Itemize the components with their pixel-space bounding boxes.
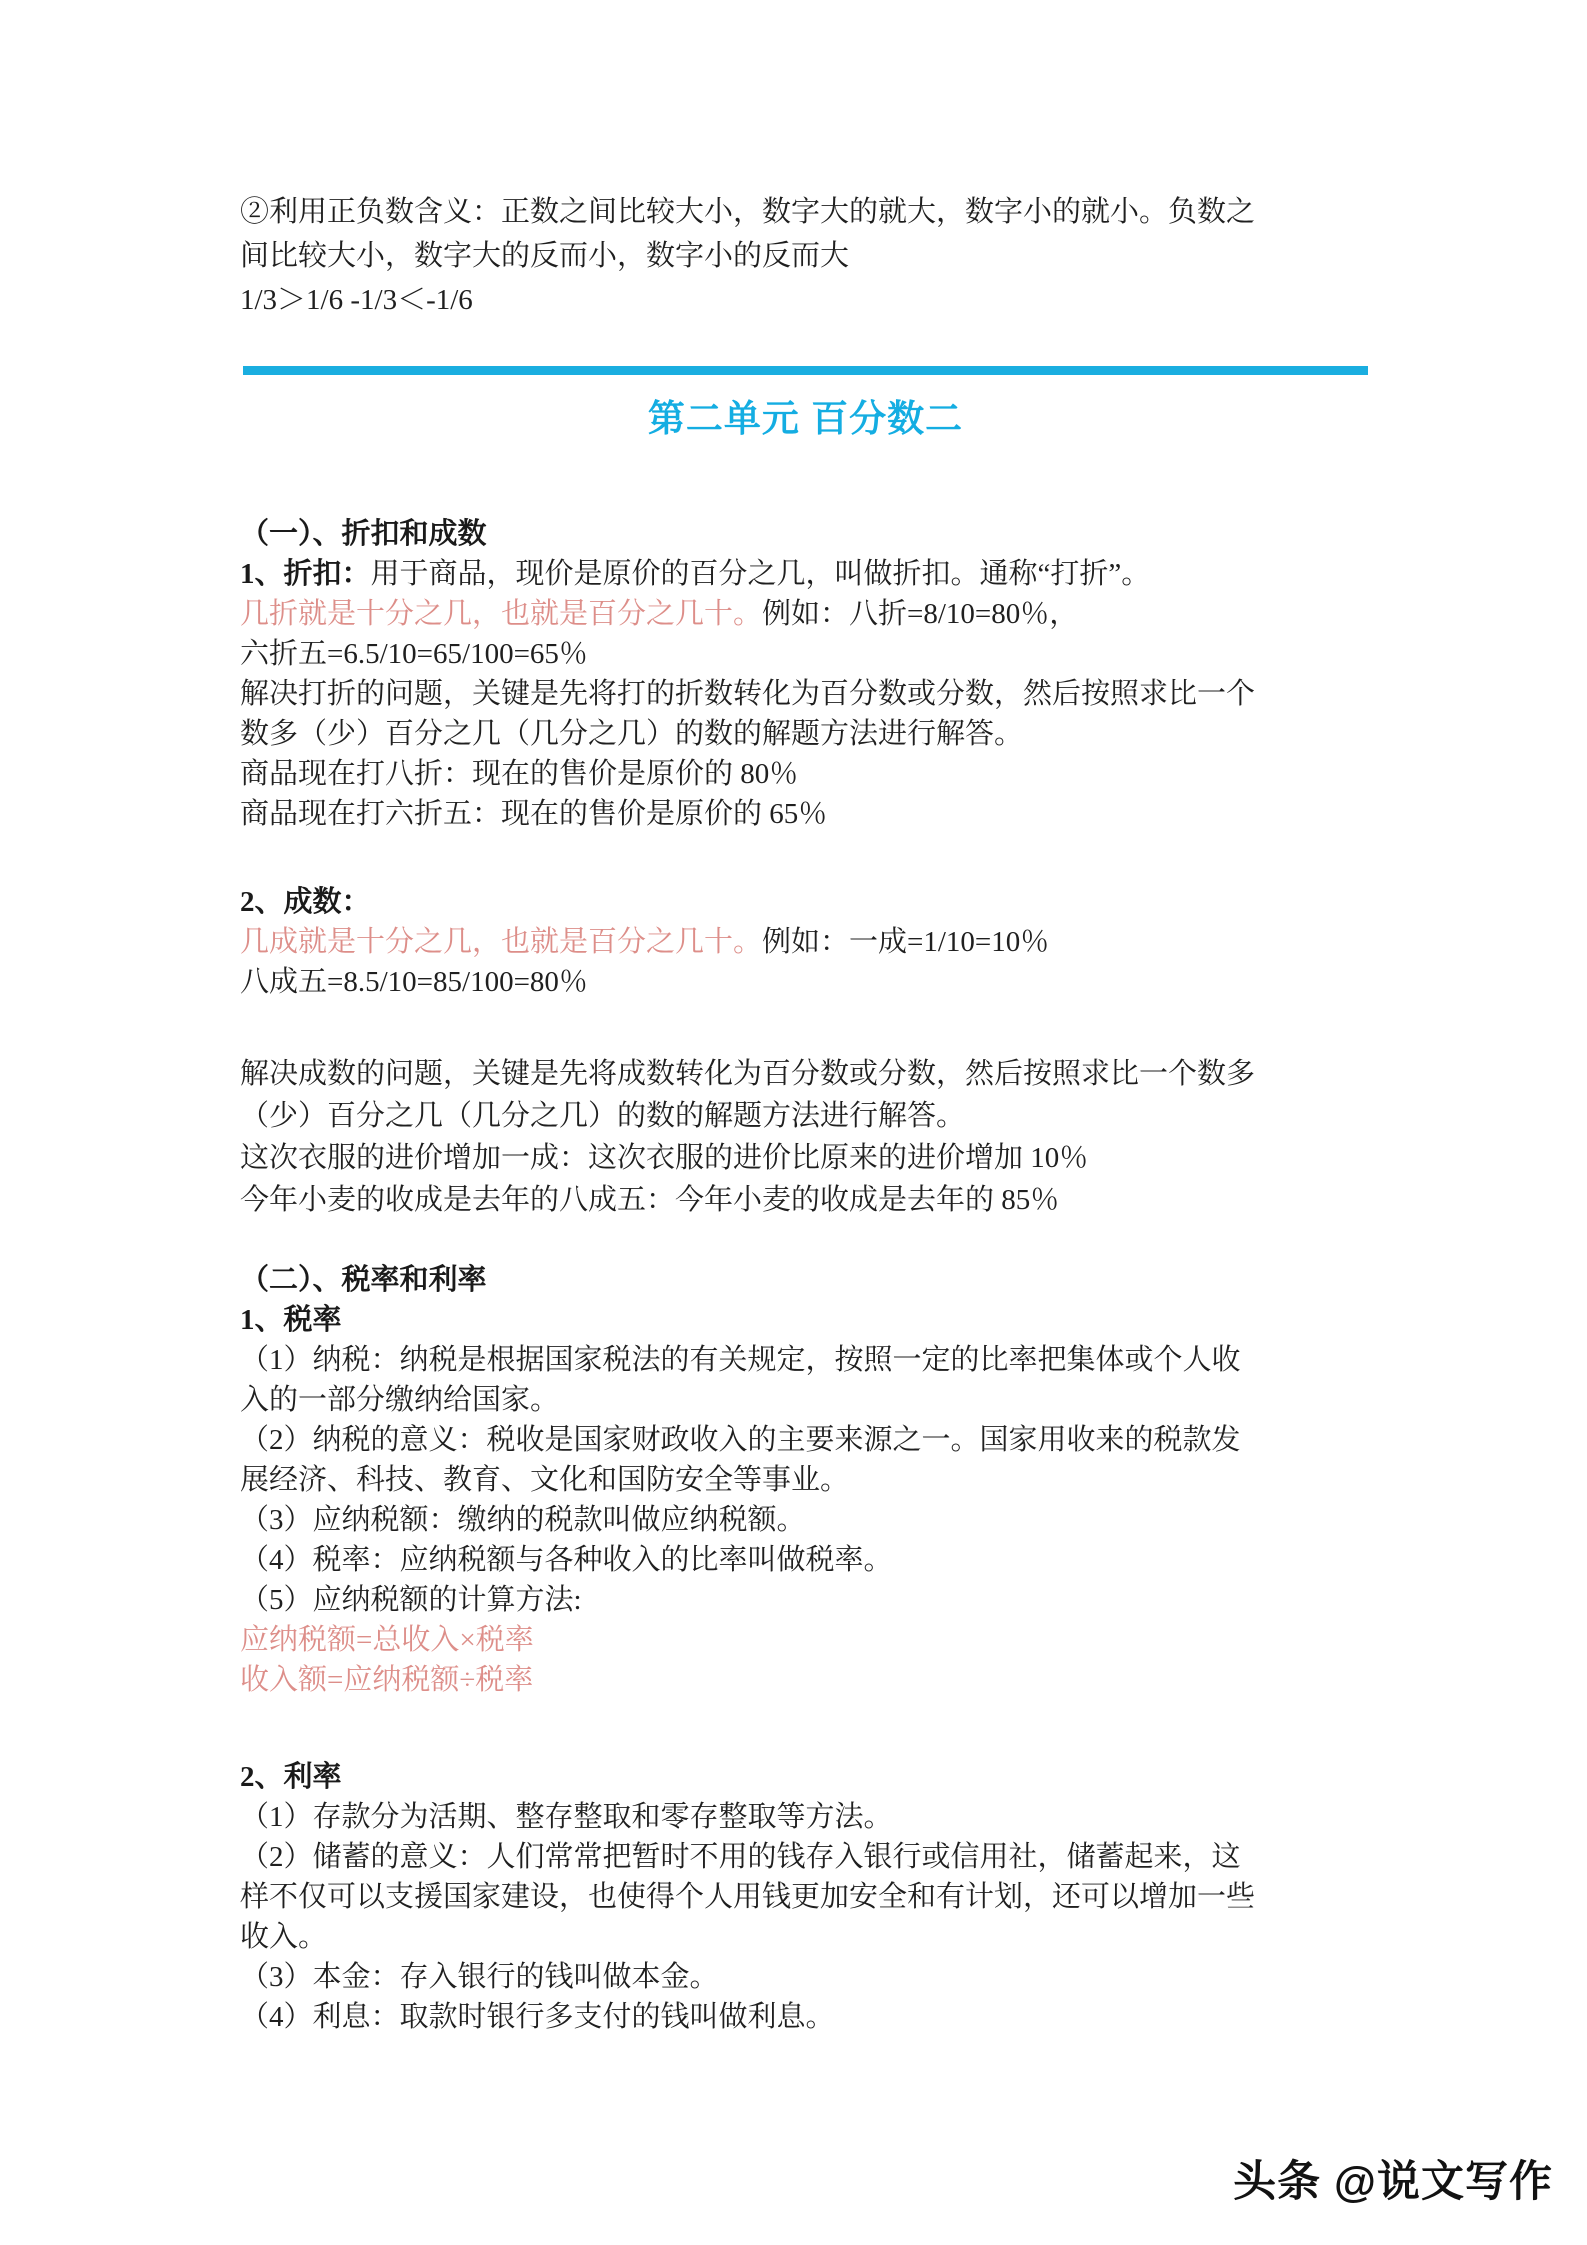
text-line: 商品现在打六折五：现在的售价是原价的 65％	[240, 794, 1470, 834]
text-line: 2、成数：	[240, 882, 1470, 922]
text-line: （4）税率：应纳税额与各种收入的比率叫做税率。	[240, 1540, 1470, 1580]
text-line: （少）百分之几（几分之几）的数的解题方法进行解答。	[240, 1095, 1470, 1137]
text-segment: 入的一部分缴纳给国家。	[240, 1384, 559, 1416]
text-line: 解决成数的问题，关键是先将成数转化为百分数或分数，然后按照求比一个数多	[240, 1053, 1470, 1095]
text-segment: 这次衣服的进价增加一成：这次衣服的进价比原来的进价增加 10％	[240, 1142, 1088, 1174]
text-segment: 1、折扣：	[240, 558, 371, 590]
text-line: （1）存款分为活期、整存整取和零存整取等方法。	[240, 1797, 1470, 1837]
text-segment: （2）纳税的意义：税收是国家财政收入的主要来源之一。国家用收来的税款发	[240, 1424, 1241, 1456]
text-line: 1/3＞1/6 -1/3＜-1/6	[240, 278, 1470, 322]
text-segment: ②利用正负数含义：正数之间比较大小，数字大的就大，数字小的就小。负数之	[240, 196, 1255, 228]
text-segment: （一）、折扣和成数	[240, 518, 487, 550]
chengshu-section: 2、成数：几成就是十分之几，也就是百分之几十。例如：一成=1/10=10％八成五…	[240, 882, 1470, 1002]
document-page: ②利用正负数含义：正数之间比较大小，数字大的就大，数字小的就小。负数之间比较大小…	[0, 0, 1587, 2245]
text-line: （一）、折扣和成数	[240, 514, 1470, 554]
text-line: 样不仅可以支援国家建设，也使得个人用钱更加安全和有计划，还可以增加一些	[240, 1877, 1470, 1917]
text-line: （3）本金：存入银行的钱叫做本金。	[240, 1957, 1470, 1997]
discount-section: （一）、折扣和成数1、折扣：用于商品，现价是原价的百分之几，叫做折扣。通称“打折…	[240, 514, 1470, 834]
text-line: 应纳税额=总收入×税率	[240, 1620, 1470, 1660]
text-segment: （2）储蓄的意义：人们常常把暂时不用的钱存入银行或信用社，储蓄起来，这	[240, 1841, 1241, 1873]
text-line: 解决打折的问题，关键是先将打的折数转化为百分数或分数，然后按照求比一个	[240, 674, 1470, 714]
text-line: 2、利率	[240, 1757, 1470, 1797]
watermark: 头条 @说文写作	[1233, 2156, 1553, 2208]
text-segment: 用于商品，现价是原价的百分之几，叫做折扣。通称“打折”。	[371, 558, 1151, 590]
section-divider	[243, 366, 1368, 375]
text-segment: 几成就是十分之几，也就是百分之几十。	[240, 926, 762, 958]
text-line: 1、税率	[240, 1300, 1470, 1340]
text-line: 商品现在打八折：现在的售价是原价的 80％	[240, 754, 1470, 794]
text-segment: 间比较大小，数字大的反而小，数字小的反而大	[240, 240, 849, 272]
text-line: 收入额=应纳税额÷税率	[240, 1660, 1470, 1700]
text-line: 八成五=8.5/10=85/100=80％	[240, 962, 1470, 1002]
text-line: （二）、税率和利率	[240, 1260, 1470, 1300]
text-segment: 几折就是十分之几，也就是百分之几十。	[240, 598, 762, 630]
text-segment: 1/3＞1/6 -1/3＜-1/6	[240, 284, 473, 316]
text-segment: （3）应纳税额：缴纳的税款叫做应纳税额。	[240, 1504, 806, 1536]
text-segment: 解决成数的问题，关键是先将成数转化为百分数或分数，然后按照求比一个数多	[240, 1058, 1255, 1090]
text-line: （3）应纳税额：缴纳的税款叫做应纳税额。	[240, 1500, 1470, 1540]
text-segment: 八成五=8.5/10=85/100=80％	[240, 966, 588, 998]
text-line: 1、折扣：用于商品，现价是原价的百分之几，叫做折扣。通称“打折”。	[240, 554, 1470, 594]
text-line: ②利用正负数含义：正数之间比较大小，数字大的就大，数字小的就小。负数之	[240, 190, 1470, 234]
text-segment: 商品现在打六折五：现在的售价是原价的 65％	[240, 798, 827, 830]
text-line: 这次衣服的进价增加一成：这次衣服的进价比原来的进价增加 10％	[240, 1137, 1470, 1179]
text-segment: （4）税率：应纳税额与各种收入的比率叫做税率。	[240, 1544, 893, 1576]
text-segment: 数多（少）百分之几（几分之几）的数的解题方法进行解答。	[240, 718, 1023, 750]
text-segment: 收入。	[240, 1921, 327, 1953]
text-line: 入的一部分缴纳给国家。	[240, 1380, 1470, 1420]
text-segment: （少）百分之几（几分之几）的数的解题方法进行解答。	[240, 1100, 965, 1132]
watermark-text: 头条 @说文写作	[1233, 2158, 1553, 2206]
text-line: （4）利息：取款时银行多支付的钱叫做利息。	[240, 1997, 1470, 2037]
text-segment: 2、利率	[240, 1761, 342, 1793]
text-segment: 应纳税额=总收入×税率	[240, 1624, 534, 1656]
text-line: 今年小麦的收成是去年的八成五：今年小麦的收成是去年的 85％	[240, 1179, 1470, 1221]
text-segment: 解决打折的问题，关键是先将打的折数转化为百分数或分数，然后按照求比一个	[240, 678, 1255, 710]
text-line: 几成就是十分之几，也就是百分之几十。例如：一成=1/10=10％	[240, 922, 1470, 962]
text-segment: 例如：一成=1/10=10％	[762, 926, 1049, 958]
text-segment: （1）纳税：纳税是根据国家税法的有关规定，按照一定的比率把集体或个人收	[240, 1344, 1241, 1376]
chengshu-solution-section: 解决成数的问题，关键是先将成数转化为百分数或分数，然后按照求比一个数多（少）百分…	[240, 1053, 1470, 1221]
text-segment: 例如：八折=8/10=80％，	[762, 598, 1078, 630]
text-line: 几折就是十分之几，也就是百分之几十。例如：八折=8/10=80％，	[240, 594, 1470, 634]
text-segment: （4）利息：取款时银行多支付的钱叫做利息。	[240, 2001, 835, 2033]
text-segment: （二）、税率和利率	[240, 1264, 487, 1296]
text-line: （5）应纳税额的计算方法:	[240, 1580, 1470, 1620]
text-segment: （1）存款分为活期、整存整取和零存整取等方法。	[240, 1801, 893, 1833]
tax-rate-section: （二）、税率和利率1、税率（1）纳税：纳税是根据国家税法的有关规定，按照一定的比…	[240, 1260, 1470, 1700]
text-line: 数多（少）百分之几（几分之几）的数的解题方法进行解答。	[240, 714, 1470, 754]
unit-title: 第二单元 百分数二	[243, 396, 1368, 442]
text-line: 六折五=6.5/10=65/100=65％	[240, 634, 1470, 674]
interest-rate-section: 2、利率（1）存款分为活期、整存整取和零存整取等方法。（2）储蓄的意义：人们常常…	[240, 1757, 1470, 2037]
text-segment: 1、税率	[240, 1304, 342, 1336]
text-line: 展经济、科技、教育、文化和国防安全等事业。	[240, 1460, 1470, 1500]
text-segment: （5）应纳税额的计算方法:	[240, 1584, 582, 1616]
text-segment: （3）本金：存入银行的钱叫做本金。	[240, 1961, 719, 1993]
text-segment: 2、成数：	[240, 886, 371, 918]
text-segment: 收入额=应纳税额÷税率	[240, 1664, 533, 1696]
intro-paragraph: ②利用正负数含义：正数之间比较大小，数字大的就大，数字小的就小。负数之间比较大小…	[240, 190, 1470, 322]
text-line: （2）纳税的意义：税收是国家财政收入的主要来源之一。国家用收来的税款发	[240, 1420, 1470, 1460]
text-line: （1）纳税：纳税是根据国家税法的有关规定，按照一定的比率把集体或个人收	[240, 1340, 1470, 1380]
text-line: （2）储蓄的意义：人们常常把暂时不用的钱存入银行或信用社，储蓄起来，这	[240, 1837, 1470, 1877]
text-segment: 展经济、科技、教育、文化和国防安全等事业。	[240, 1464, 849, 1496]
text-line: 收入。	[240, 1917, 1470, 1957]
text-segment: 样不仅可以支援国家建设，也使得个人用钱更加安全和有计划，还可以增加一些	[240, 1881, 1255, 1913]
text-line: 间比较大小，数字大的反而小，数字小的反而大	[240, 234, 1470, 278]
text-segment: 今年小麦的收成是去年的八成五：今年小麦的收成是去年的 85％	[240, 1184, 1059, 1216]
text-segment: 六折五=6.5/10=65/100=65％	[240, 638, 588, 670]
text-segment: 商品现在打八折：现在的售价是原价的 80％	[240, 758, 798, 790]
